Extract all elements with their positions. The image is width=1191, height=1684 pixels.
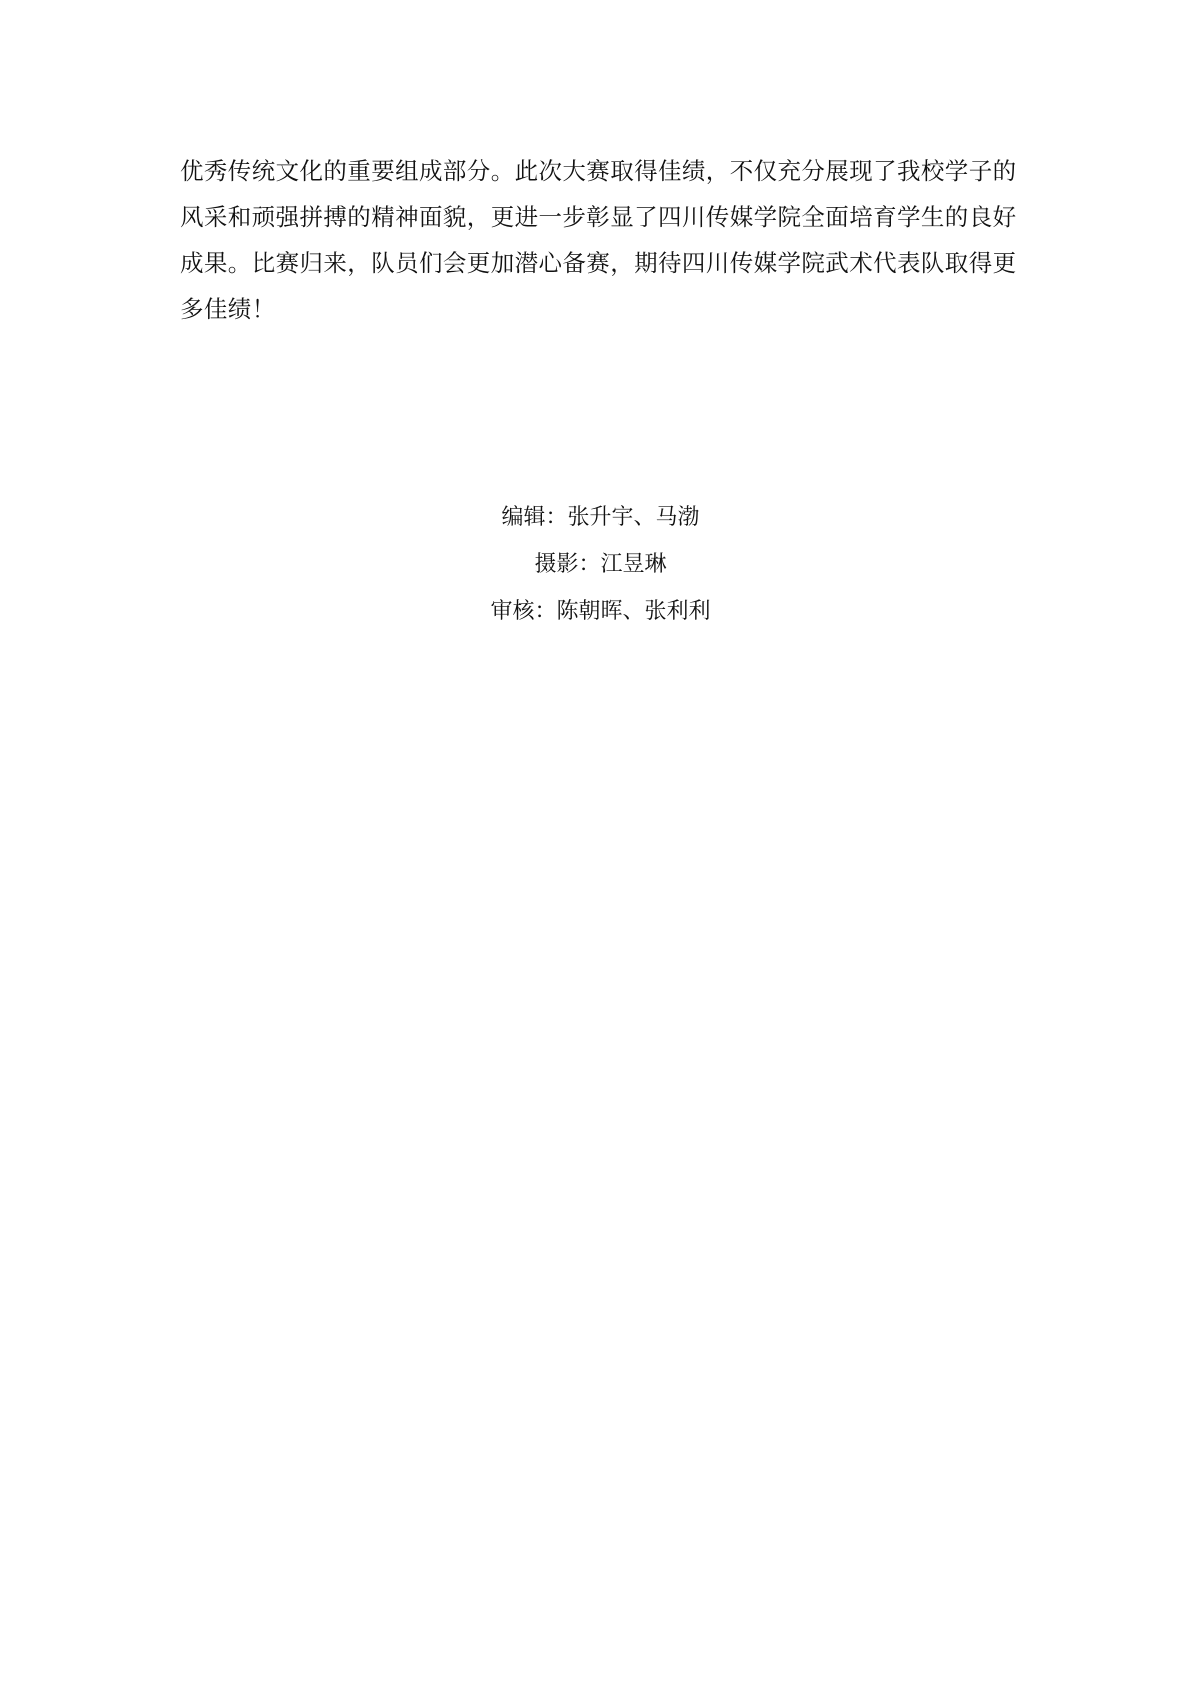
paragraph-line: 风采和顽强拼搏的精神面貌，更进一步彰显了四川传媒学院全面培育学生的良好 bbox=[180, 203, 1017, 231]
paragraph-line: 优秀传统文化的重要组成部分。此次大赛取得佳绩，不仅充分展现了我校学子的 bbox=[180, 157, 1017, 185]
body-paragraph: 优秀传统文化的重要组成部分。此次大赛取得佳绩，不仅充分展现了我校学子的 风采和顽… bbox=[180, 148, 1020, 332]
photography-credit: 摄影：江昱琳 bbox=[0, 541, 1191, 588]
paragraph-line: 成果。比赛归来，队员们会更加潜心备赛，期待四川传媒学院武术代表队取得更 bbox=[180, 249, 1017, 277]
paragraph-line: 多佳绩！ bbox=[180, 295, 276, 323]
review-credit: 审核：陈朝晖、张利利 bbox=[0, 588, 1191, 635]
editor-credit: 编辑：张升宇、马渤 bbox=[0, 494, 1191, 541]
credits-block: 编辑：张升宇、马渤 摄影：江昱琳 审核：陈朝晖、张利利 bbox=[0, 494, 1191, 635]
document-page: 优秀传统文化的重要组成部分。此次大赛取得佳绩，不仅充分展现了我校学子的 风采和顽… bbox=[0, 0, 1191, 1684]
